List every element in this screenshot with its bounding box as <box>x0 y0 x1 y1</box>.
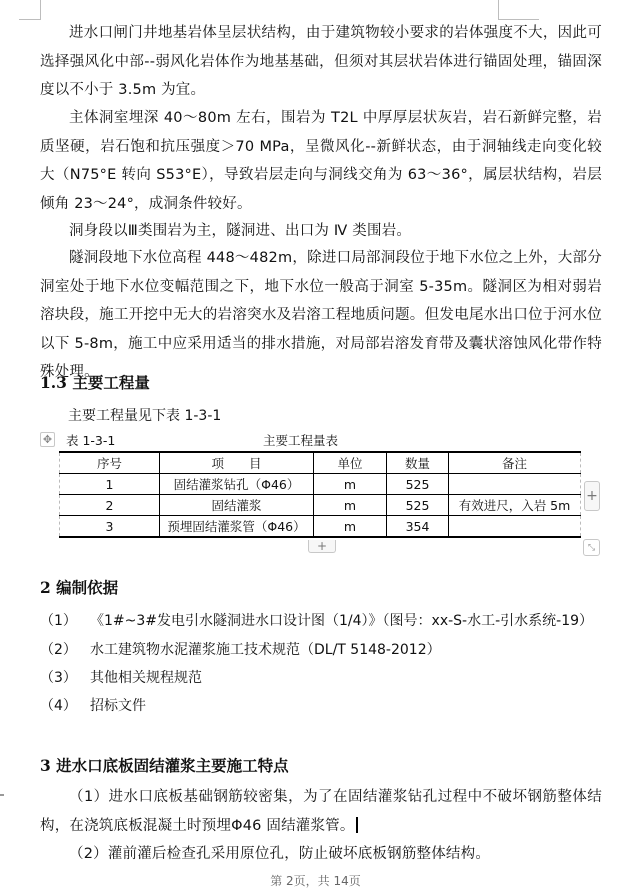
table-resize-handle-icon[interactable]: ⤡ <box>583 539 600 556</box>
paragraph-text: （1）进水口底板基础钢筋较密集，为了在固结灌浆钻孔过程中不破坏钢筋整体结构，在浇… <box>40 789 602 834</box>
table-cell[interactable]: 固结灌浆钻孔（Φ46） <box>160 474 314 495</box>
body-paragraph[interactable]: （1）进水口底板基础钢筋较密集，为了在固结灌浆钻孔过程中不破坏钢筋整体结构，在浇… <box>40 783 602 840</box>
header-cell[interactable]: 项 目 <box>160 452 314 474</box>
header-cell[interactable]: 数量 <box>387 452 449 474</box>
section-heading-2: 2 编制依据 <box>40 576 118 598</box>
table-row: 3 预埋固结灌浆管（Φ46） m 354 <box>60 516 581 538</box>
table-cell[interactable]: m <box>314 474 387 495</box>
table-cell[interactable]: 预埋固结灌浆管（Φ46） <box>160 516 314 538</box>
reference-number: （2） <box>40 639 77 659</box>
table-title: 主要工程量表 <box>263 431 338 449</box>
table-row: 2 固结灌浆 m 525 有效进尺，入岩 5m <box>60 495 581 516</box>
body-paragraph: 进水口闸门井地基岩体呈层状结构，由于建筑物较小要求的岩体强度不大，因此可选择强风… <box>40 19 602 105</box>
body-paragraph: （2）灌前灌后检查孔采用原位孔，防止破坏底板钢筋整体结构。 <box>40 840 602 869</box>
body-paragraph: 隧洞段地下水位高程 448～482m，除进口局部洞段位于地下水位之上外，大部分洞… <box>40 244 602 387</box>
table-label: 表 1-3-1 <box>66 431 115 449</box>
body-paragraph: 洞身段以Ⅲ类围岩为主，隧洞进、出口为 Ⅳ 类围岩。 <box>40 217 602 246</box>
section-heading-3: 3 进水口底板固结灌浆主要施工特点 <box>40 754 289 776</box>
reference-number: （1） <box>40 610 77 630</box>
add-row-button[interactable]: + <box>308 540 336 553</box>
reference-text: 招标文件 <box>90 695 146 715</box>
table-cell[interactable]: 525 <box>387 495 449 516</box>
page-number-footer: 第 2页，共 14页 <box>0 872 631 889</box>
reference-text: 水工建筑物水泥灌浆施工技术规范（DL/T 5148-2012） <box>90 639 441 659</box>
table-cell[interactable] <box>449 516 581 538</box>
reference-text: 《1#~3#发电引水隧洞进水口设计图（1/4）》（图号：xx-S-水工-引水系统… <box>90 610 593 630</box>
reference-number: （4） <box>40 695 77 715</box>
table-cell[interactable]: 固结灌浆 <box>160 495 314 516</box>
table-cell[interactable]: 2 <box>60 495 160 516</box>
reference-number: （3） <box>40 667 77 687</box>
table-cell[interactable] <box>449 474 581 495</box>
crop-mark-top-right <box>498 0 539 20</box>
section-heading-1-3: 1.3 主要工程量 <box>40 371 150 393</box>
table-cell[interactable]: m <box>314 495 387 516</box>
text-cursor <box>356 817 358 833</box>
quantities-table: 序号 项 目 单位 数量 备注 1 固结灌浆钻孔（Φ46） m 525 2 固结… <box>59 451 581 538</box>
table-cell[interactable]: m <box>314 516 387 538</box>
add-column-button[interactable]: + <box>584 481 600 511</box>
table-cell[interactable]: 有效进尺，入岩 5m <box>449 495 581 516</box>
table-row: 1 固结灌浆钻孔（Φ46） m 525 <box>60 474 581 495</box>
table-cell[interactable]: 3 <box>60 516 160 538</box>
header-cell[interactable]: 单位 <box>314 452 387 474</box>
table-intro-text: 主要工程量见下表 1-3-1 <box>68 405 221 425</box>
body-paragraph: 主体洞室埋深 40～80m 左右，围岩为 T2L 中厚厚层状灰岩，岩石新鲜完整，… <box>40 104 602 218</box>
table-cell[interactable]: 354 <box>387 516 449 538</box>
header-cell[interactable]: 备注 <box>449 452 581 474</box>
table-cell[interactable]: 1 <box>60 474 160 495</box>
crop-mark-top-left <box>19 0 41 20</box>
table-header-row: 序号 项 目 单位 数量 备注 <box>60 452 581 474</box>
table-move-handle-icon[interactable]: ✥ <box>40 432 55 447</box>
table-cell[interactable]: 525 <box>387 474 449 495</box>
paragraph-marker-icon <box>0 794 4 796</box>
reference-text: 其他相关规程规范 <box>90 667 202 687</box>
header-cell[interactable]: 序号 <box>60 452 160 474</box>
